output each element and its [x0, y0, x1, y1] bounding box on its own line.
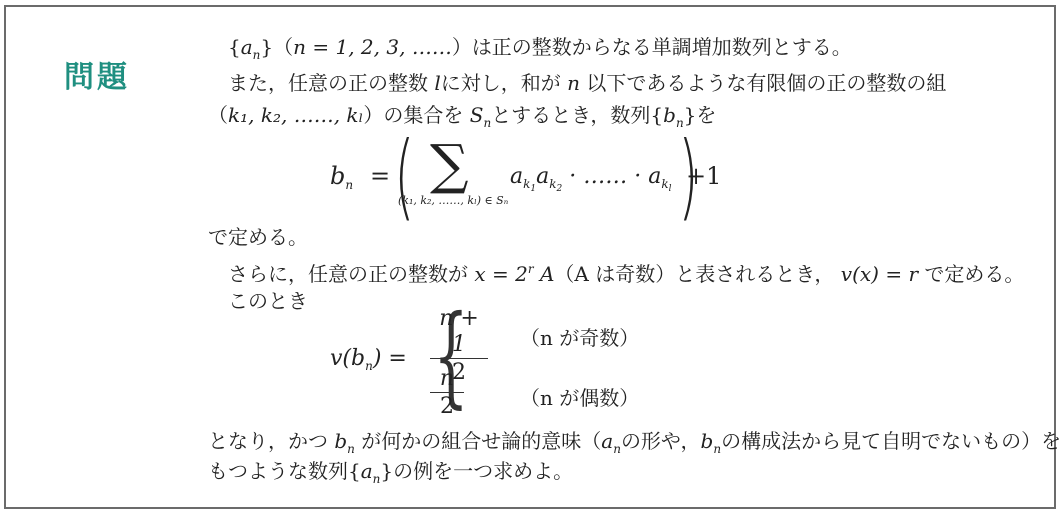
line3-mid: とするとき，数列: [491, 103, 650, 127]
eq2-lhs-end: ) =: [373, 346, 407, 371]
sum-index: (k₁, k₂, ……, kₗ) ∈ Sₙ: [398, 194, 508, 207]
tuple: k₁, k₂, ……, kₗ: [228, 103, 363, 127]
sigma-icon: ∑: [430, 138, 469, 192]
func-v: v(x) = r: [841, 262, 918, 286]
line7-pre: となり，かつ: [208, 429, 328, 453]
eq1-lhs-b: b: [330, 162, 345, 190]
line7-b: b: [334, 429, 347, 453]
line-then: このとき: [228, 288, 308, 314]
line7-b-sub: n: [347, 442, 355, 456]
line7-b2: b: [701, 429, 714, 453]
case-even: （n が偶数）: [520, 382, 639, 411]
line3-post: を: [696, 103, 716, 127]
equation-bn: bn = ( ∑ (k₁, k₂, ……, kₗ) ∈ Sₙ ak1ak2 · …: [330, 136, 750, 226]
eq1-lhs-sub: n: [345, 178, 353, 192]
line7-post: の構成法から見て自明でないもの）を: [721, 429, 1061, 453]
expr-A: A: [540, 262, 554, 286]
line-v-definition: さらに，任意の正の整数が x = 2r A（A は奇数）と表されるとき， v(x…: [228, 256, 1024, 287]
frac-even-num: n: [430, 366, 464, 393]
line-condition: となり，かつ bn が何かの組合せ論的意味（anの形や，bnの構成法から見て自明…: [208, 428, 1061, 462]
problem-title: 問題: [64, 52, 130, 96]
line5-post: で定める。: [924, 262, 1024, 286]
left-paren: (: [394, 130, 414, 224]
index-condition: n = 1, 2, 3, ……: [293, 35, 452, 59]
line8-post: の例を一つ求めよ。: [393, 459, 573, 483]
line-question: もつような数列{an}の例を一つ求めよ。: [208, 458, 573, 492]
seq-b: b: [663, 103, 676, 127]
line-define: で定める。: [208, 224, 308, 250]
line5-mid: と表されるとき，: [675, 262, 834, 286]
case-odd: （n が奇数）: [520, 322, 639, 351]
line7-mid: が何かの組合せ論的意味（: [361, 429, 601, 453]
frac-even-den: 2: [430, 393, 464, 421]
eq1-plus-one: +1: [686, 162, 721, 190]
odd-note: （A は奇数）: [554, 262, 675, 286]
eq2-lhs: v(bn) =: [330, 346, 407, 373]
line-sequence-definition: {an}（n = 1, 2, 3, ……）は正の整数からなる単調増加数列とする。: [228, 34, 852, 68]
line7-mid2: の形や，: [621, 429, 701, 453]
line2-pre: また，任意の正の整数: [228, 71, 428, 95]
line-set-definition: （k₁, k₂, ……, kₗ）の集合を Snとするとき，数列{bn}を: [208, 102, 716, 136]
line-tuples-intro: また，任意の正の整数 lに対し，和が n 以下であるような有限個の正の整数の組: [228, 70, 946, 96]
expr-x: x = 2: [474, 262, 527, 286]
line7-a: a: [601, 429, 613, 453]
var-n: n: [567, 71, 580, 95]
line8-a: a: [361, 459, 373, 483]
line7-b2-sub: n: [713, 442, 721, 456]
product-term: ak1ak2 · …… · akl: [510, 164, 672, 194]
line8-pre: もつような数列: [208, 459, 348, 483]
eq2-lhs-v: v(b: [330, 346, 365, 371]
equation-v-bn: v(bn) = { n + 1 2 （n が奇数） n 2 （n が偶数）: [330, 300, 660, 420]
line2-mid: に対し，和が: [441, 71, 561, 95]
frac-odd-num: n + 1: [430, 306, 488, 359]
eq2-lhs-sub: n: [365, 359, 373, 373]
exp-r: r: [528, 262, 534, 276]
line5-pre: さらに，任意の正の整数が: [228, 262, 468, 286]
eq1-equals: =: [370, 162, 390, 190]
line7-a-sub: n: [613, 442, 621, 456]
fraction-even: n 2: [430, 366, 464, 421]
line1-text: は正の整数からなる単調増加数列とする。: [472, 35, 852, 59]
seq-a: a: [241, 35, 253, 59]
eq1-lhs: bn: [330, 162, 353, 192]
line2-post: 以下であるような有限個の正の整数の組: [586, 71, 946, 95]
set-s: S: [470, 103, 484, 127]
